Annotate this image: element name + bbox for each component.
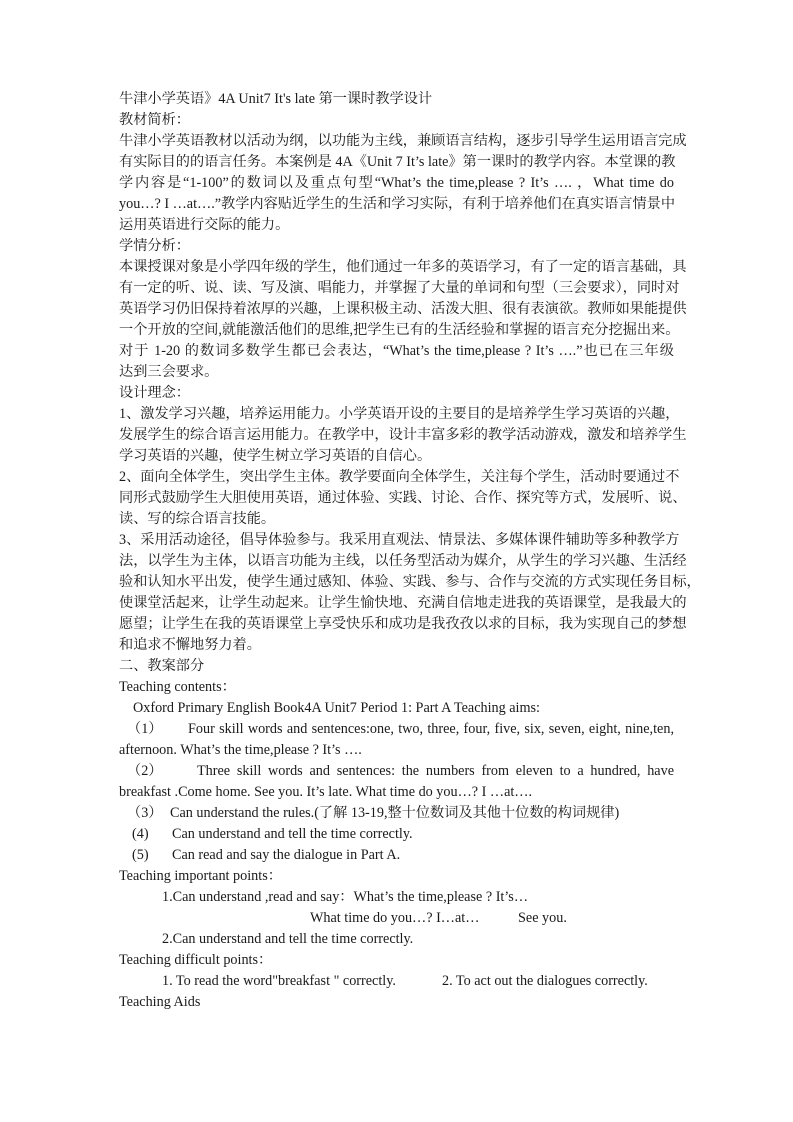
teaching-important-heading: Teaching important points：	[119, 866, 674, 887]
aim-text: Three skill words and sentences: the num…	[197, 761, 674, 782]
paragraph-line: 使课堂活起来，让学生动起来。让学生愉快地、充满自信地走进我的英语课堂，是我最大的	[119, 593, 674, 614]
teaching-difficult-heading: Teaching difficult points：	[119, 950, 674, 971]
section-heading-plan: 二、教案部分	[119, 656, 674, 677]
aim-item-3: （3） Can understand the rules.(了解 13-19,整…	[119, 803, 674, 824]
difficult-point-1: 1. To read the word"breakfast " correctl…	[162, 971, 396, 992]
teaching-contents-heading: Teaching contents：	[119, 677, 674, 698]
paragraph-line: 达到三会要求。	[119, 362, 674, 383]
important-phrase: See you.	[518, 908, 567, 929]
paragraph-line: 本课授课对象是小学四年级的学生，他们通过一年多的英语学习，有了一定的语言基础，具	[119, 257, 674, 278]
important-phrase: What time do you…? I…at…	[310, 908, 479, 929]
aim-text: Can read and say the dialogue in Part A.	[172, 845, 400, 866]
difficult-point-2: 2. To act out the dialogues correctly.	[442, 971, 648, 992]
difficult-points: 1. To read the word"breakfast " correctl…	[119, 971, 674, 992]
aim-number: （1）	[127, 719, 162, 740]
paragraph-line: 对于 1-20 的数词多数学生都已会表达，“What’s the time,pl…	[119, 341, 674, 362]
aim-number: (4)	[132, 824, 149, 845]
aim-item-1: （1） Four skill words and sentences:one, …	[119, 719, 674, 740]
paragraph-line: 愿望；让学生在我的英语课堂上享受快乐和成功是我孜孜以求的目标，我为实现自己的梦想	[119, 614, 674, 635]
paragraph-line: 有一定的听、说、读、写及演、唱能力，并掌握了大量的单词和句型（三会要求），同时对	[119, 278, 674, 299]
aim-text: Four skill words and sentences:one, two,…	[188, 719, 674, 740]
section-heading-students: 学情分析：	[119, 236, 674, 257]
paragraph-line: 2、面向全体学生，突出学生主体。教学要面向全体学生，关注每个学生，活动时要通过不	[119, 467, 674, 488]
important-point-1-cont: What time do you…? I…at… See you.	[119, 908, 674, 929]
paragraph-line: 3、采用活动途径，倡导体验参与。我采用直观法、情景法、多媒体课件辅助等多种教学方	[119, 530, 674, 551]
aim-number: （2）	[127, 761, 162, 782]
aim-item-5: (5) Can read and say the dialogue in Par…	[119, 845, 674, 866]
paragraph-line: 有实际目的的语言任务。本案例是 4A《Unit 7 It’s late》第一课时…	[119, 152, 674, 173]
section-heading-material: 教材简析：	[119, 110, 674, 131]
important-point-2: 2.Can understand and tell the time corre…	[162, 929, 717, 950]
document-title: 牛津小学英语》4A Unit7 It's late 第一课时教学设计	[119, 89, 674, 110]
aim-number: (5)	[132, 845, 149, 866]
aim-text: Can understand and tell the time correct…	[172, 824, 413, 845]
aim-number: （3）	[127, 803, 162, 824]
paragraph-line: 一个开放的空间,就能激活他们的思维,把学生已有的生活经验和掌握的语言充分挖掘出来…	[119, 320, 674, 341]
aim-item-4: (4) Can understand and tell the time cor…	[119, 824, 674, 845]
document-page: 牛津小学英语》4A Unit7 It's late 第一课时教学设计 教材简析：…	[0, 0, 793, 1122]
paragraph-line: 1、激发学习兴趣，培养运用能力。小学英语开设的主要目的是培养学生学习英语的兴趣，	[119, 404, 674, 425]
paragraph-line: 学习英语的兴趣，使学生树立学习英语的自信心。	[119, 446, 674, 467]
paragraph-line: 验和认知水平出发，使学生通过感知、体验、实践、参与、合作与交流的方式实现任务目标…	[119, 572, 674, 593]
paragraph-line: 运用英语进行交际的能力。	[119, 215, 674, 236]
aim-item-2-cont: breakfast .Come home. See you. It’s late…	[119, 782, 674, 803]
paragraph-line: 读、写的综合语言技能。	[119, 509, 674, 530]
aim-item-1-cont: afternoon. What’s the time,please ? It’s…	[119, 740, 674, 761]
paragraph-line: 法，以学生为主体，以语言功能为主线，以任务型活动为媒介，从学生的学习兴趣、生活经	[119, 551, 674, 572]
section-heading-concept: 设计理念：	[119, 383, 674, 404]
aim-text: Can understand the rules.(了解 13-19,整十位数词…	[170, 803, 619, 824]
teaching-aids-heading: Teaching Aids	[119, 992, 674, 1013]
paragraph-line: 牛津小学英语教材以活动为纲，以功能为主线，兼顾语言结构，逐步引导学生运用语言完成	[119, 131, 674, 152]
paragraph-line: 学内容是“1-100”的数词以及重点句型“What’s the time,ple…	[119, 173, 674, 194]
paragraph-line: you…? I …at….”教学内容贴近学生的生活和学习实际，有利于培养他们在真…	[119, 194, 674, 215]
paragraph-line: 英语学习仍旧保持着浓厚的兴趣，上课积极主动、活泼大胆、很有表演欲。教师如果能提供	[119, 299, 674, 320]
paragraph-line: 同形式鼓励学生大胆使用英语，通过体验、实践、讨论、合作、探究等方式，发展听、说、	[119, 488, 674, 509]
aim-item-2: （2） Three skill words and sentences: the…	[119, 761, 674, 782]
important-point-1: 1.Can understand ,read and say：What’s th…	[162, 887, 717, 908]
teaching-contents-line: Oxford Primary English Book4A Unit7 Peri…	[133, 698, 688, 719]
paragraph-line: 和追求不懈地努力着。	[119, 635, 674, 656]
paragraph-line: 发展学生的综合语言运用能力。在教学中，设计丰富多彩的教学活动游戏，激发和培养学生	[119, 425, 674, 446]
